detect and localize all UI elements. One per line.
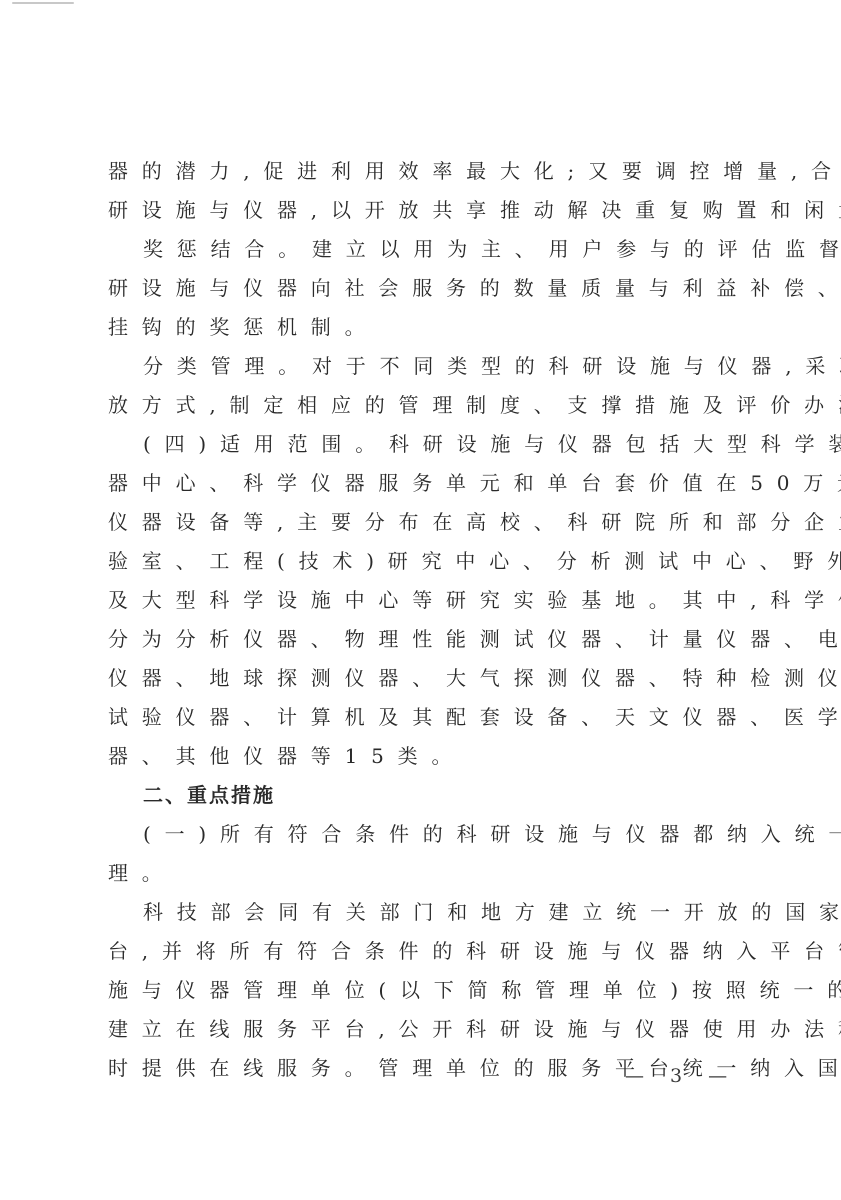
text-line: 仪器、地球探测仪器、大气探测仪器、特种检测仪器、激光器、工艺 [108,659,738,698]
text-line: 施与仪器管理单位(以下简称管理单位)按照统一的标准和规范, [108,971,738,1010]
text-line: 器、其他仪器等15类。 [108,737,738,776]
text-line: 放方式,制定相应的管理制度、支撑措施及评价办法。 [108,386,738,425]
text-line: 试验仪器、计算机及其配套设备、天文仪器、医学科研仪器、核仪 [108,698,738,737]
document-body: 器的潜力,促进利用效率最大化;又要调控增量,合理布局新增科 研设施与仪器,以开放… [108,152,738,1088]
text-line: 验室、工程(技术)研究中心、分析测试中心、野外科学观测研究站 [108,542,738,581]
text-line: 仪器设备等,主要分布在高校、科研院所和部分企业的各类重点实 [108,503,738,542]
text-line: 理。 [108,854,738,893]
text-line: 建立在线服务平台,公开科研设施与仪器使用办法和使用情况,实 [108,1010,738,1049]
subsection-heading: (一)所有符合条件的科研设施与仪器都纳入统一网络平台管 [108,815,738,854]
text-line: 器的潜力,促进利用效率最大化;又要调控增量,合理布局新增科 [108,152,738,191]
text-line: 器中心、科学仪器服务单元和单台套价值在50万元及以上的科学 [108,464,738,503]
section-heading: 二、重点措施 [108,776,738,815]
text-line: 台,并将所有符合条件的科研设施与仪器纳入平台管理。科研设 [108,932,738,971]
paragraph-reward-punishment: 奖惩结合。建立以用为主、用户参与的评估监督体系,形成科 [108,230,738,269]
page-number: — 3 — [625,1065,737,1087]
text-line: 研设施与仪器,以开放共享推动解决重复购置和闲置浪费的问题。 [108,191,738,230]
scan-edge-mark [12,2,74,4]
paragraph-classified-management: 分类管理。对于不同类型的科研设施与仪器,采取不同的开 [108,347,738,386]
paragraph-scope: (四)适用范围。科研设施与仪器包括大型科学装置、科学仪 [108,425,738,464]
text-line: 研设施与仪器向社会服务的数量质量与利益补偿、后续支持紧密 [108,269,738,308]
paragraph-platform: 科技部会同有关部门和地方建立统一开放的国家网络管理平 [108,893,738,932]
text-line: 分为分析仪器、物理性能测试仪器、计量仪器、电子测量仪器、海洋 [108,620,738,659]
text-line: 及大型科学设施中心等研究实验基地。其中,科学仪器设备可以 [108,581,738,620]
text-line: 挂钩的奖惩机制。 [108,308,738,347]
